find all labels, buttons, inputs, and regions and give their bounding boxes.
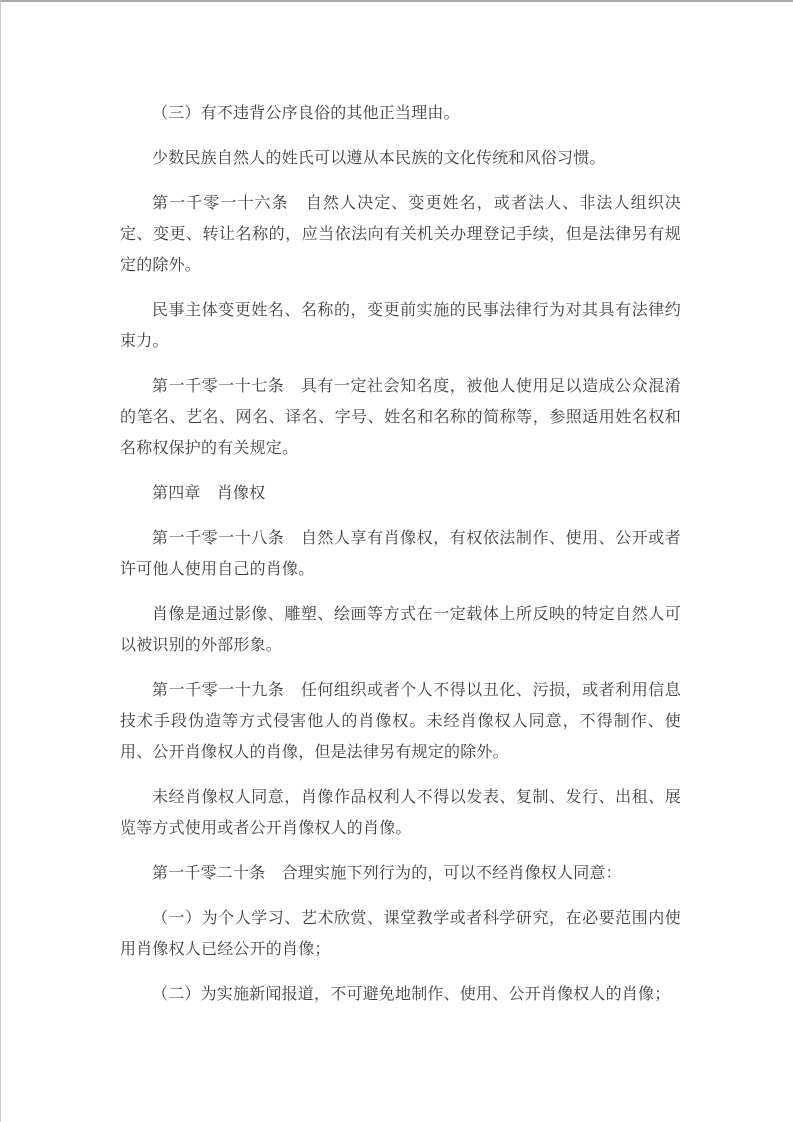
paragraph: 第一千零一十九条 任何组织或者个人不得以丑化、污损，或者利用信息技术手段伪造等方… (120, 675, 681, 768)
paragraph: （三）有不违背公序良俗的其他正当理由。 (120, 98, 681, 129)
paragraph: 民事主体变更姓名、名称的，变更前实施的民事法律行为对其具有法律约束力。 (120, 295, 681, 357)
paragraph: 肖像是通过影像、雕塑、绘画等方式在一定载体上所反映的特定自然人可以被识别的外部形… (120, 599, 681, 661)
paragraph: 第一千零一十八条 自然人享有肖像权，有权依法制作、使用、公开或者许可他人使用自己… (120, 523, 681, 585)
chapter-heading: 第四章 肖像权 (120, 478, 681, 509)
document-page: （三）有不违背公序良俗的其他正当理由。少数民族自然人的姓氏可以遵从本民族的文化传… (0, 0, 793, 1122)
paragraph: 未经肖像权人同意，肖像作品权利人不得以发表、复制、发行、出租、展览等方式使用或者… (120, 782, 681, 844)
document-body: （三）有不违背公序良俗的其他正当理由。少数民族自然人的姓氏可以遵从本民族的文化传… (1, 2, 793, 1010)
paragraph: 少数民族自然人的姓氏可以遵从本民族的文化传统和风俗习惯。 (120, 143, 681, 174)
paragraph: 第一千零一十七条 具有一定社会知名度，被他人使用足以造成公众混淆的笔名、艺名、网… (120, 371, 681, 464)
paragraph: （二）为实施新闻报道，不可避免地制作、使用、公开肖像权人的肖像； (120, 979, 681, 1010)
paragraph: 第一千零一十六条 自然人决定、变更姓名，或者法人、非法人组织决定、变更、转让名称… (120, 188, 681, 281)
paragraph: （一）为个人学习、艺术欣赏、课堂教学或者科学研究，在必要范围内使用肖像权人已经公… (120, 903, 681, 965)
paragraph: 第一千零二十条 合理实施下列行为的，可以不经肖像权人同意： (120, 858, 681, 889)
